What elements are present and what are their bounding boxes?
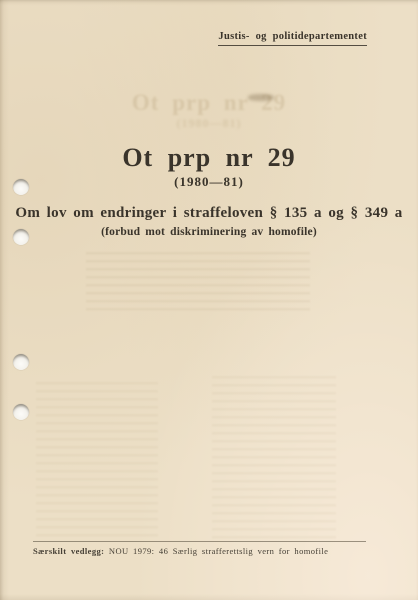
- department-header: Justis- og politidepartementet: [218, 26, 367, 46]
- document-title: Ot prp nr 29: [0, 143, 418, 173]
- punch-hole: [13, 404, 29, 420]
- footer-rule: [33, 541, 366, 542]
- footer-label: Særskilt vedlegg:: [33, 546, 104, 556]
- footer-line: Særskilt vedlegg: NOU 1979: 46 Særlig st…: [33, 546, 366, 556]
- document-subtitle: Om lov om endringer i straffeloven § 135…: [0, 205, 418, 222]
- document-page: Ot prp nr 29 (1980—81) Justis- og politi…: [0, 0, 418, 600]
- ink-smudge: [248, 94, 274, 101]
- ghost-title-bleedthrough: Ot prp nr 29: [0, 90, 418, 116]
- bleedthrough-column-right: [212, 376, 336, 540]
- bleedthrough-column-left: [36, 382, 158, 542]
- bleedthrough-toc-lines: [86, 252, 310, 314]
- ghost-session-bleedthrough: (1980—81): [0, 116, 418, 131]
- department-label: Justis- og politidepartementet: [218, 31, 367, 46]
- session-years: (1980—81): [0, 174, 418, 190]
- footer: Særskilt vedlegg: NOU 1979: 46 Særlig st…: [33, 541, 366, 556]
- punch-hole: [13, 354, 29, 370]
- footer-text: NOU 1979: 46 Særlig strafferettslig vern…: [109, 546, 328, 556]
- bleedthrough-layer: Ot prp nr 29 (1980—81): [0, 0, 418, 600]
- subtitle-note: (forbud mot diskriminering av homofile): [0, 226, 418, 238]
